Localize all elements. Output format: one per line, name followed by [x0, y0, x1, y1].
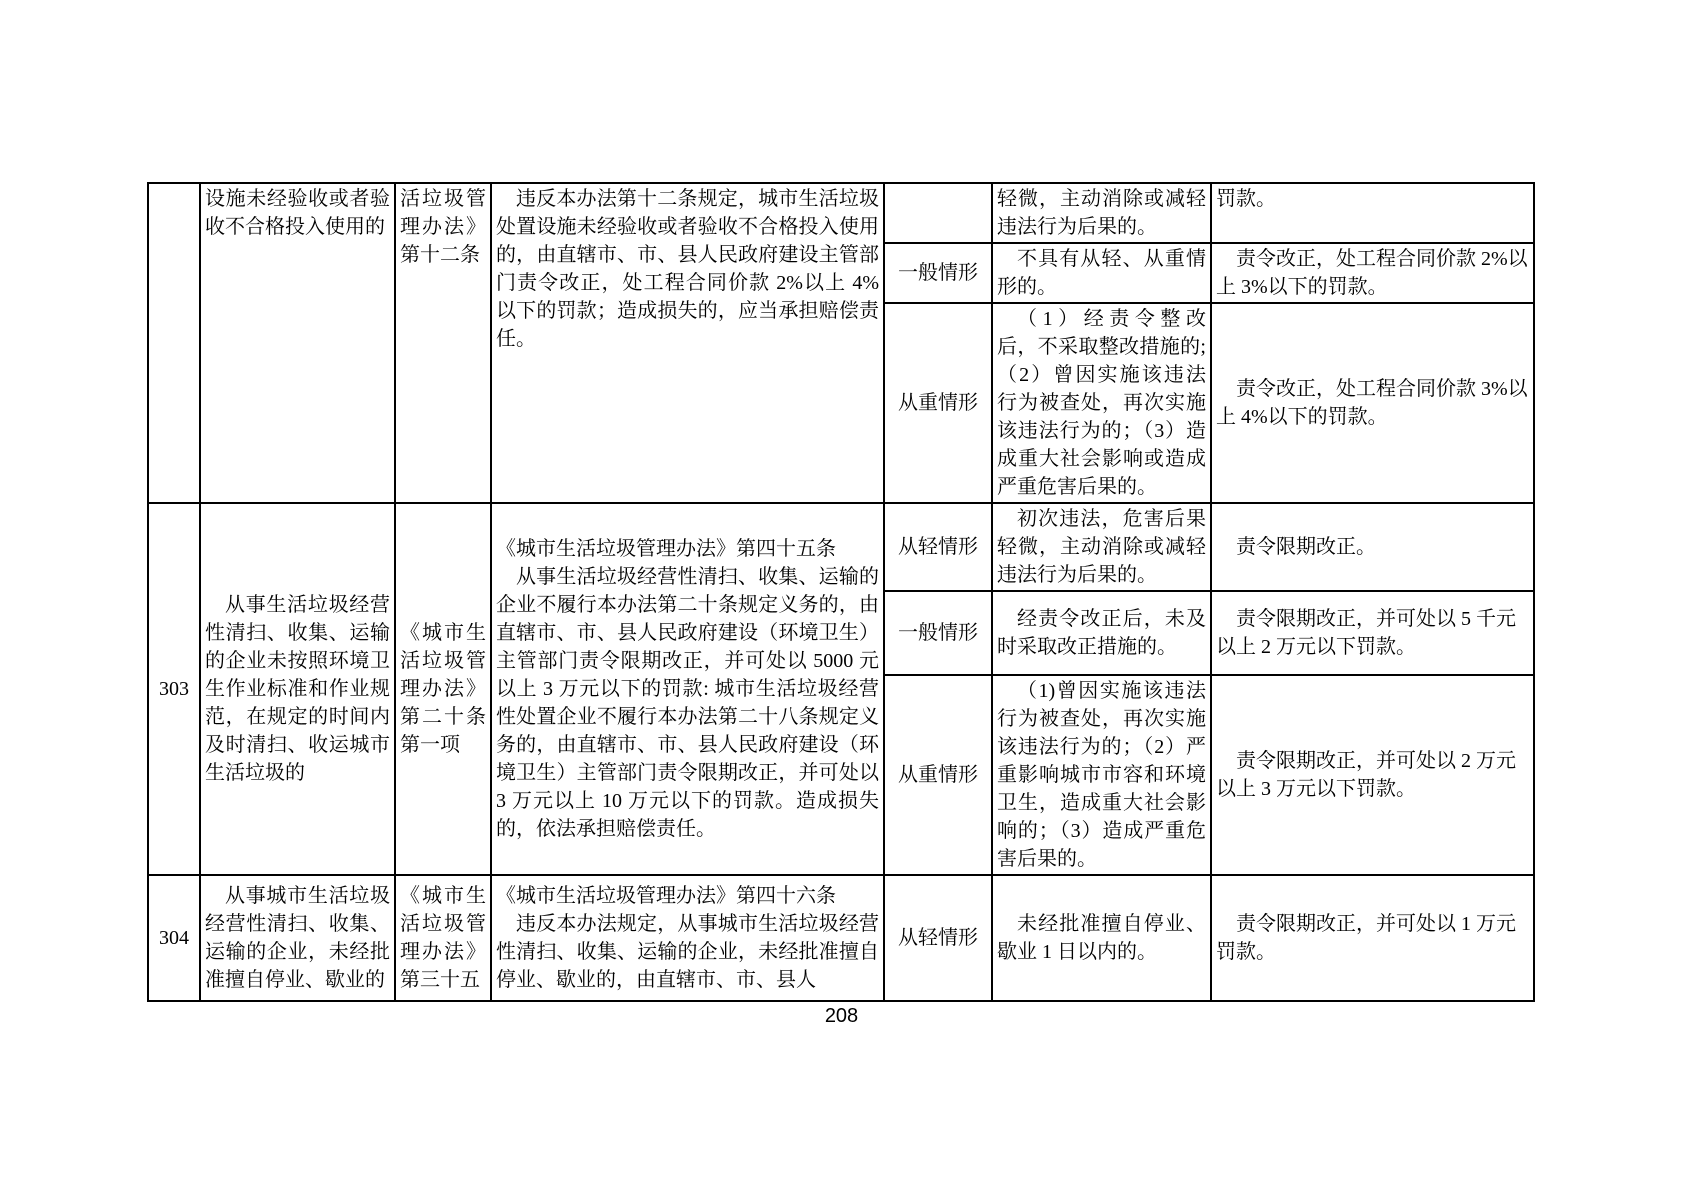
- case-id-cell: 303: [148, 503, 200, 875]
- penalty-table: 设施未经验收或者验收不合格投入使用的 活垃圾管理办法》第十二条 违反本办法第十二…: [147, 182, 1535, 1002]
- situation-desc-cell: 不具有从轻、从重情形的。: [992, 243, 1211, 303]
- table-row: 303 从事生活垃圾经营性清扫、收集、运输的企业未按照环境卫生作业标准和作业规范…: [148, 503, 1534, 591]
- penalty-cell: 责令限期改正，并可处以 1 万元罚款。: [1211, 875, 1534, 1001]
- provision-cell: 《城市生活垃圾管理办法》第四十五条 从事生活垃圾经营性清扫、收集、运输的企业不履…: [491, 503, 884, 875]
- provision-title: 《城市生活垃圾管理办法》第四十六条: [496, 882, 879, 910]
- violation-cell: 设施未经验收或者验收不合格投入使用的: [200, 183, 395, 503]
- situation-desc-cell: 经责令改正后，未及时采取改正措施的。: [992, 591, 1211, 675]
- penalty-text: 责令限期改正。: [1216, 533, 1529, 561]
- provision-paragraph: 违反本办法第十二条规定，城市生活垃圾处置设施未经验收或者验收不合格投入使用的，由…: [496, 185, 879, 353]
- penalty-text: 责令限期改正，并可处以 2 万元以上 3 万元以下罚款。: [1216, 747, 1529, 803]
- penalty-text: 责令改正，处工程合同价款 2%以上 3%以下的罚款。: [1216, 245, 1529, 301]
- penalty-text: 责令改正，处工程合同价款 3%以上 4%以下的罚款。: [1216, 375, 1529, 431]
- document-page: 设施未经验收或者验收不合格投入使用的 活垃圾管理办法》第十二条 违反本办法第十二…: [0, 0, 1683, 1190]
- violation-text: 从事生活垃圾经营性清扫、收集、运输的企业未按照环境卫生作业标准和作业规范，在规定…: [205, 591, 390, 787]
- table-row: 304 从事城市生活垃圾经营性清扫、收集、运输的企业，未经批准擅自停业、歇业的 …: [148, 875, 1534, 1001]
- situation-desc-text: （1)曾因实施该违法行为被查处，再次实施该违法行为的；（2）严重影响城市市容和环…: [997, 677, 1206, 873]
- situation-desc-cell: 初次违法，危害后果轻微，主动消除或减轻违法行为后果的。: [992, 503, 1211, 591]
- situation-desc-cell: 轻微，主动消除或减轻违法行为后果的。: [992, 183, 1211, 243]
- situation-desc-cell: （1）经责令整改后，不采取整改措施的;（2）曾因实施该违法行为被查处，再次实施该…: [992, 303, 1211, 503]
- situation-desc-text: 未经批准擅自停业、歇业 1 日以内的。: [997, 910, 1206, 966]
- legal-basis-cell: 活垃圾管理办法》第十二条: [395, 183, 491, 503]
- penalty-text: 责令限期改正，并可处以 1 万元罚款。: [1216, 910, 1529, 966]
- penalty-cell: 责令改正，处工程合同价款 3%以上 4%以下的罚款。: [1211, 303, 1534, 503]
- provision-cell: 违反本办法第十二条规定，城市生活垃圾处置设施未经验收或者验收不合格投入使用的，由…: [491, 183, 884, 503]
- penalty-text: 责令限期改正，并可处以 5 千元以上 2 万元以下罚款。: [1216, 605, 1529, 661]
- situation-desc-text: 初次违法，危害后果轻微，主动消除或减轻违法行为后果的。: [997, 505, 1206, 589]
- legal-basis-cell: 《城市生活垃圾管理办法》第二十条第一项: [395, 503, 491, 875]
- situation-label-cell: [884, 183, 992, 243]
- situation-label-cell: 一般情形: [884, 243, 992, 303]
- provision-cell: 《城市生活垃圾管理办法》第四十六条 违反本办法规定，从事城市生活垃圾经营性清扫、…: [491, 875, 884, 1001]
- situation-desc-cell: （1)曾因实施该违法行为被查处，再次实施该违法行为的；（2）严重影响城市市容和环…: [992, 675, 1211, 875]
- situation-label-cell: 从重情形: [884, 675, 992, 875]
- situation-desc-text: 不具有从轻、从重情形的。: [997, 245, 1206, 301]
- penalty-cell: 责令限期改正，并可处以 2 万元以上 3 万元以下罚款。: [1211, 675, 1534, 875]
- situation-desc-text: 经责令改正后，未及时采取改正措施的。: [997, 605, 1206, 661]
- situation-label-cell: 从轻情形: [884, 503, 992, 591]
- page-number: 208: [0, 1005, 1683, 1028]
- case-id-cell: [148, 183, 200, 503]
- situation-desc-text: （1）经责令整改后，不采取整改措施的;（2）曾因实施该违法行为被查处，再次实施该…: [997, 305, 1206, 501]
- situation-label-cell: 一般情形: [884, 591, 992, 675]
- penalty-cell: 责令限期改正。: [1211, 503, 1534, 591]
- provision-title: 《城市生活垃圾管理办法》第四十五条: [496, 535, 879, 563]
- provision-paragraph: 违反本办法规定，从事城市生活垃圾经营性清扫、收集、运输的企业，未经批准擅自停业、…: [496, 910, 879, 994]
- table-row: 设施未经验收或者验收不合格投入使用的 活垃圾管理办法》第十二条 违反本办法第十二…: [148, 183, 1534, 243]
- situation-desc-cell: 未经批准擅自停业、歇业 1 日以内的。: [992, 875, 1211, 1001]
- penalty-cell: 责令改正，处工程合同价款 2%以上 3%以下的罚款。: [1211, 243, 1534, 303]
- provision-paragraph: 从事生活垃圾经营性清扫、收集、运输的企业不履行本办法第二十条规定义务的，由直辖市…: [496, 563, 879, 843]
- situation-label-cell: 从轻情形: [884, 875, 992, 1001]
- violation-cell: 从事城市生活垃圾经营性清扫、收集、运输的企业，未经批准擅自停业、歇业的: [200, 875, 395, 1001]
- penalty-cell: 罚款。: [1211, 183, 1534, 243]
- violation-cell: 从事生活垃圾经营性清扫、收集、运输的企业未按照环境卫生作业标准和作业规范，在规定…: [200, 503, 395, 875]
- violation-text: 从事城市生活垃圾经营性清扫、收集、运输的企业，未经批准擅自停业、歇业的: [205, 882, 390, 994]
- situation-label-cell: 从重情形: [884, 303, 992, 503]
- legal-basis-cell: 《城市生活垃圾管理办法》第三十五: [395, 875, 491, 1001]
- case-id-cell: 304: [148, 875, 200, 1001]
- penalty-cell: 责令限期改正，并可处以 5 千元以上 2 万元以下罚款。: [1211, 591, 1534, 675]
